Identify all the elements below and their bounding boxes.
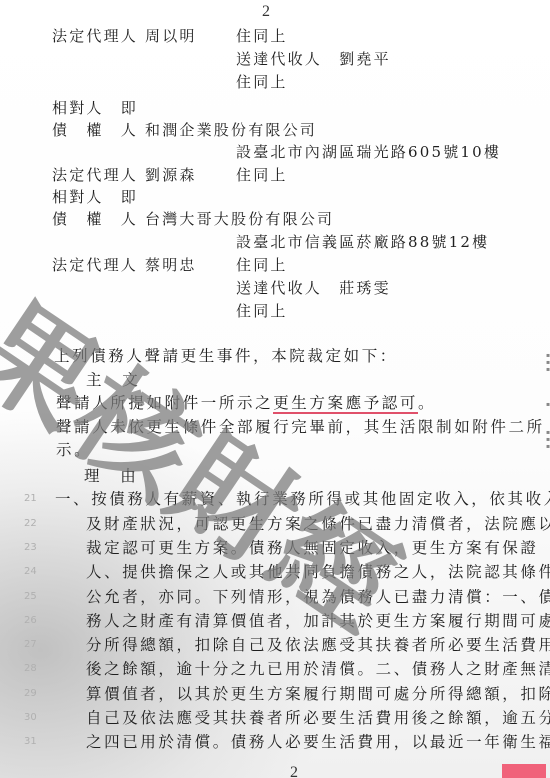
line-number: 24 — [24, 566, 37, 577]
line-number: 23 — [24, 542, 37, 553]
party-name: 周以明 — [145, 26, 197, 46]
party-role: 相對人 即 — [52, 98, 138, 118]
main-text-heading: 主 文 — [86, 370, 140, 390]
reasons-heading: 理 由 — [84, 466, 138, 486]
main-text-line1-before: 聲請人所提如附件一所示之 — [56, 394, 273, 412]
line-number: 29 — [24, 688, 37, 699]
line-number: 28 — [24, 663, 37, 674]
party-name: 和潤企業股份有限公司 — [145, 120, 317, 140]
reasons-line: 裁定認可更生方案。債務人無固定收入，更生方案有保證 — [86, 538, 539, 558]
reasons-line: 一、按債務人有薪資、執行業務所得或其他固定收入，依其收入 — [55, 489, 550, 509]
party-role: 相對人 即 — [52, 187, 138, 207]
party-name: 台灣大哥大股份有限公司 — [145, 209, 334, 229]
line-number: 26 — [24, 615, 37, 626]
margin-marks: ▪▪▪▪▪▪▪ — [546, 352, 550, 450]
line-number: 21 — [24, 493, 37, 504]
main-text-line-1: 聲請人所提如附件一所示之更生方案應予認可。 — [56, 393, 436, 413]
party-detail: 住同上 — [236, 301, 288, 321]
line-number: 22 — [24, 518, 37, 529]
document-page: 2 法定代理人 周以明 住同上 送達代收人 劉堯平 住同上 相對人 即 債 權 … — [0, 0, 550, 778]
party-detail: 送達代收人 劉堯平 — [236, 49, 391, 69]
reasons-line: 之四已用於清償。債務人必要生活費用，以最近一年衛生福 — [86, 732, 550, 752]
party-detail: 住同上 — [236, 165, 288, 185]
main-text-line1-after: 。 — [418, 394, 436, 412]
party-name: 劉源森 — [145, 165, 197, 185]
reasons-line: 人、提供擔保之人或其他共同負擔債務之人，法院認其條件 — [86, 562, 550, 582]
page-number-bottom: 2 — [290, 764, 298, 778]
reasons-line: 務人之財產有清算價值者，加計其於更生方案履行期間可處 — [86, 611, 550, 631]
line-number: 25 — [24, 591, 37, 602]
line-number: 27 — [24, 639, 37, 650]
party-role: 法定代理人 — [52, 26, 138, 46]
party-role: 債 權 人 — [52, 120, 138, 140]
reasons-line: 算價值者，以其於更生方案履行期間可處分所得總額，扣除 — [86, 684, 550, 704]
reasons-line: 分所得總額，扣除自己及依法應受其扶養者所必要生活費用 — [86, 635, 550, 655]
page-tab-marker — [502, 764, 546, 778]
party-name: 蔡明忠 — [145, 255, 197, 275]
page-number-top: 2 — [262, 3, 270, 21]
party-detail: 住同上 — [236, 26, 288, 46]
reasons-line: 自己及依法應受其扶養者所必要生活費用後之餘額，逾五分 — [86, 708, 550, 728]
party-role: 法定代理人 — [52, 165, 138, 185]
reasons-line: 後之餘額，逾十分之九已用於清償。二、債務人之財產無清 — [86, 659, 550, 679]
party-address: 設臺北市信義區菸廠路88號12樓 — [236, 232, 489, 252]
reasons-line: 及財產狀況，可認更生方案之條件已盡力清償者，法院應以 — [86, 514, 550, 534]
reasons-line: 公允者，亦同。下列情形，視為債務人已盡力清償：一、債 — [86, 587, 550, 607]
highlighted-ruling: 更生方案應予認可 — [273, 394, 418, 414]
line-number: 31 — [24, 736, 37, 747]
party-detail: 住同上 — [236, 72, 288, 92]
party-address: 設臺北市內湖區瑞光路605號10樓 — [236, 142, 501, 162]
party-detail: 送達代收人 莊琇雯 — [236, 278, 391, 298]
party-detail: 住同上 — [236, 255, 288, 275]
ruling-intro: 上列債務人聲請更生事件，本院裁定如下： — [54, 346, 398, 366]
main-text-line-3: 示。 — [56, 440, 92, 460]
line-number: 30 — [24, 712, 37, 723]
party-role: 債 權 人 — [52, 209, 138, 229]
main-text-line-2: 聲請人未依更生條件全部履行完畢前，其生活限制如附件二所 — [56, 417, 545, 437]
party-role: 法定代理人 — [52, 255, 138, 275]
